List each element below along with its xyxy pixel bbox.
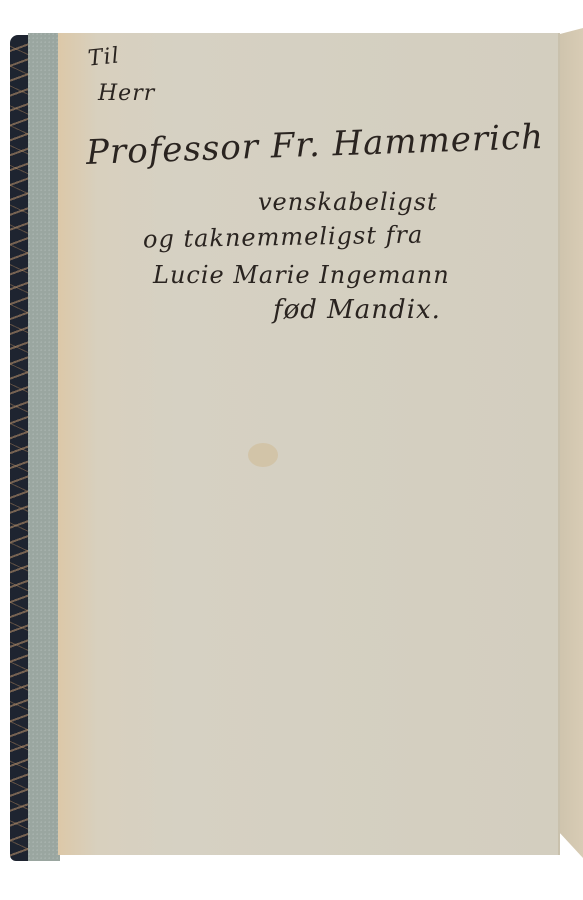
inscription-line-7: fød Mandix. — [273, 295, 441, 325]
following-page-edge — [560, 28, 583, 858]
book-page: Til Herr Professor Fr. Hammerich venskab… — [58, 33, 560, 855]
inscription-line-4: venskabeligst — [258, 188, 438, 216]
book: Til Herr Professor Fr. Hammerich venskab… — [10, 33, 583, 863]
inscription-line-2: Herr — [98, 81, 155, 106]
foxing-stain — [248, 443, 278, 467]
inscription-line-5: og taknemmeligst fra — [143, 221, 424, 254]
blue-gray-endpaper — [28, 33, 60, 861]
inscription-line-1: Til — [87, 43, 121, 71]
inscription-line-3: Professor Fr. Hammerich — [85, 117, 544, 173]
inscription-line-6: Lucie Marie Ingemann — [153, 261, 450, 289]
